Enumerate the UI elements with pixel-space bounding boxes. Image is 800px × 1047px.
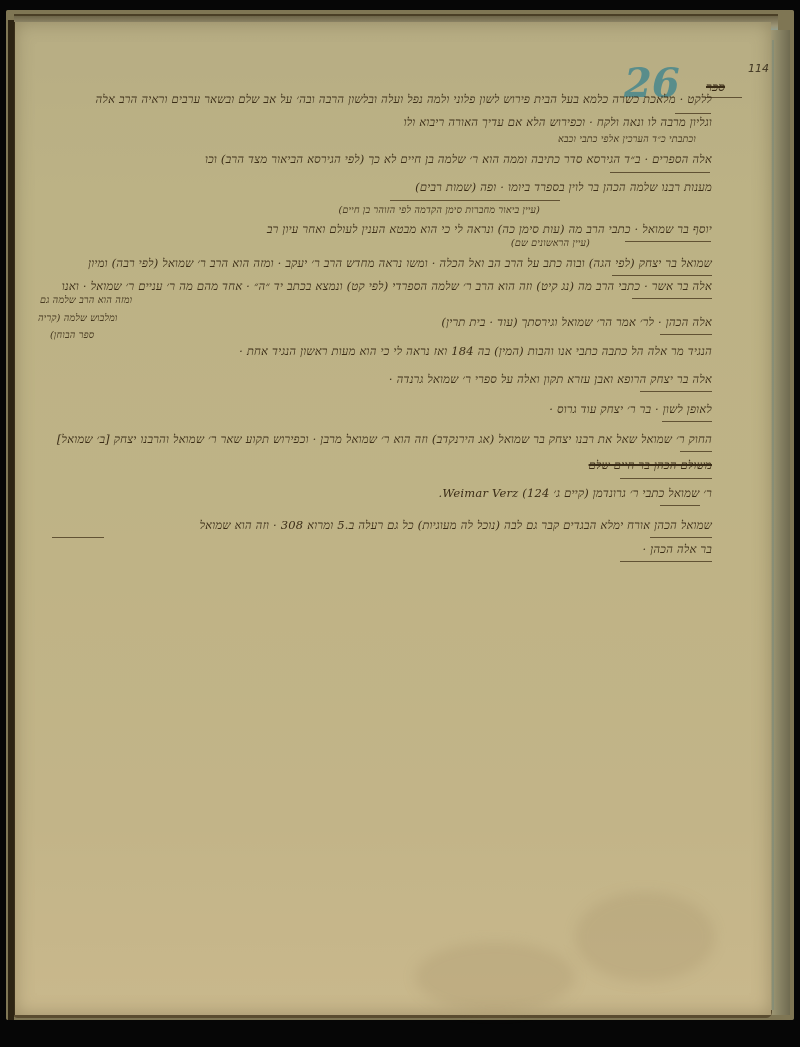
paper-stain (575, 892, 715, 982)
margin-note-1: ומזה הוא הרב שלמה גם (40, 295, 132, 306)
underline (620, 478, 712, 479)
manuscript-line-14: לאופן לשון · בר ר׳ יצחק עוד גרוס · (549, 402, 712, 416)
margin-note-2: ומלבוש שלמה (קריה (38, 313, 118, 324)
underline (680, 451, 712, 452)
manuscript-line-16: ר׳ שמואל כתבי ר׳ גרונדמן (קיים ג׳ 124) W… (438, 486, 712, 500)
folio-number: 114 (748, 62, 769, 75)
manuscript-line-13: אלה בר יצחק הרופא ואבן עזרא תקון ואלה על… (389, 372, 712, 386)
manuscript-line-11: אלה הכהן · לר׳ אמר הר׳ שמואל וגירסתך (עו… (441, 315, 712, 329)
manuscript-line-9: שמואל בר יצחק (לפי הגה) ובוה כתב על הרב … (88, 256, 712, 270)
manuscript-line-17: שמואל הכהן אורח ימלא הבגדים קבר גם לבה (… (200, 518, 712, 532)
manuscript-line-5: מענות רבנו שלמה הכהן בר לוין בספרד ביומו… (415, 180, 712, 194)
paper-stain (415, 942, 575, 1012)
underline (660, 505, 700, 506)
manuscript-line-3: וכתבתי כ״ד הערכין אלפי כתבי וכבא (558, 134, 696, 145)
underline (612, 275, 712, 276)
underline (660, 334, 712, 335)
manuscript-line-1: ללקט · מלאכת כשרה כלמא בעל הבית פירוש לש… (95, 92, 712, 106)
underline (625, 241, 711, 242)
underline (52, 537, 104, 538)
manuscript-line-7: יוסף בר שמואל · כתבי הרב מה (עות סימן כה… (267, 222, 712, 236)
struck-line: משולם הכהן בר חיים שלם (589, 458, 712, 472)
manuscript-line-2: וגליון מרבה לו ונאה ולקח · וכפירוש הלא א… (404, 115, 712, 129)
page-edge-line (772, 40, 774, 1010)
manuscript-line-8: (עיין הראשונים שם) (511, 238, 590, 249)
underline (640, 391, 712, 392)
manuscript-line-6: (עיין ביאור מחברות סימן הקדמה לפי הזוהר … (338, 205, 540, 216)
underline (632, 298, 712, 299)
manuscript-line-12: הנגיד מר אלה הל כתבה כתבי אנו והבות (המי… (239, 344, 712, 358)
manuscript-line-18: בר אלה הכהן · (643, 542, 712, 556)
binding-edge (8, 20, 14, 1020)
underline (620, 561, 712, 562)
underline (390, 200, 560, 201)
underline (675, 113, 711, 114)
underline (662, 421, 712, 422)
manuscript-line-15: החוק ר׳ שמואל שאל את רבנו יצחק בר שמואל … (57, 432, 712, 446)
manuscript-line-4: אלה הספרים · ב״ד הגירסא סדר כתיבה וממה ה… (205, 152, 712, 166)
underline (610, 172, 710, 173)
margin-note-3: ספר הבוחן) (50, 330, 94, 341)
manuscript-line-10: אלה בר אשר · כתבי הרב מה (נג קיט) וזה הו… (62, 279, 712, 293)
underline (650, 537, 712, 538)
